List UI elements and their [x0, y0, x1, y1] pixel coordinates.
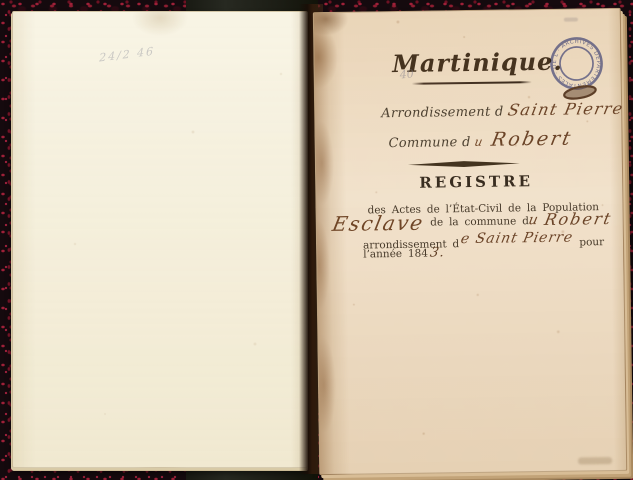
arrondissement-line: Arrondissement dSaint Pierre — [381, 99, 624, 121]
arrondissement-handwritten: Saint Pierre — [507, 99, 626, 120]
body-line-3-handwritten: e Saint Pierre — [460, 230, 575, 248]
title-page: Martinique. 40 · ARCHIVES DÉPARTEMENTALE… — [313, 8, 627, 475]
pencil-number: 40 — [399, 67, 414, 81]
commune-printed: Commune d — [389, 135, 471, 151]
title-rule — [412, 81, 532, 85]
body-line-2-printed: de la commune d — [430, 215, 529, 228]
commune-handwritten: Robert — [490, 128, 575, 151]
body-line-4: l’année 1843. — [363, 245, 445, 261]
arrondissement-printed: Arrondissement d — [381, 105, 504, 122]
tapered-divider — [408, 159, 520, 169]
pencil-inscription: 24/2 46 — [99, 45, 155, 65]
left-blank-page: 24/2 46 — [12, 11, 308, 468]
body-line-2-name: Robert — [543, 209, 614, 229]
commune-line: Commune duRobert — [388, 128, 572, 153]
registre-heading: REGISTRE — [316, 171, 622, 193]
body-line-2-article: u — [527, 212, 540, 228]
faint-pencil-tick — [564, 17, 578, 21]
body-line-4-printed: l’année 184 — [363, 248, 428, 261]
body-line-4-digit: 3. — [428, 245, 446, 260]
commune-article-handwritten: u — [473, 135, 485, 149]
book-scan: 24/2 46 Martinique. 40 · ARCHIVES DÉPART… — [0, 0, 633, 480]
body-line-3-printed-b: pour — [579, 236, 604, 248]
faint-smudge — [578, 457, 612, 464]
